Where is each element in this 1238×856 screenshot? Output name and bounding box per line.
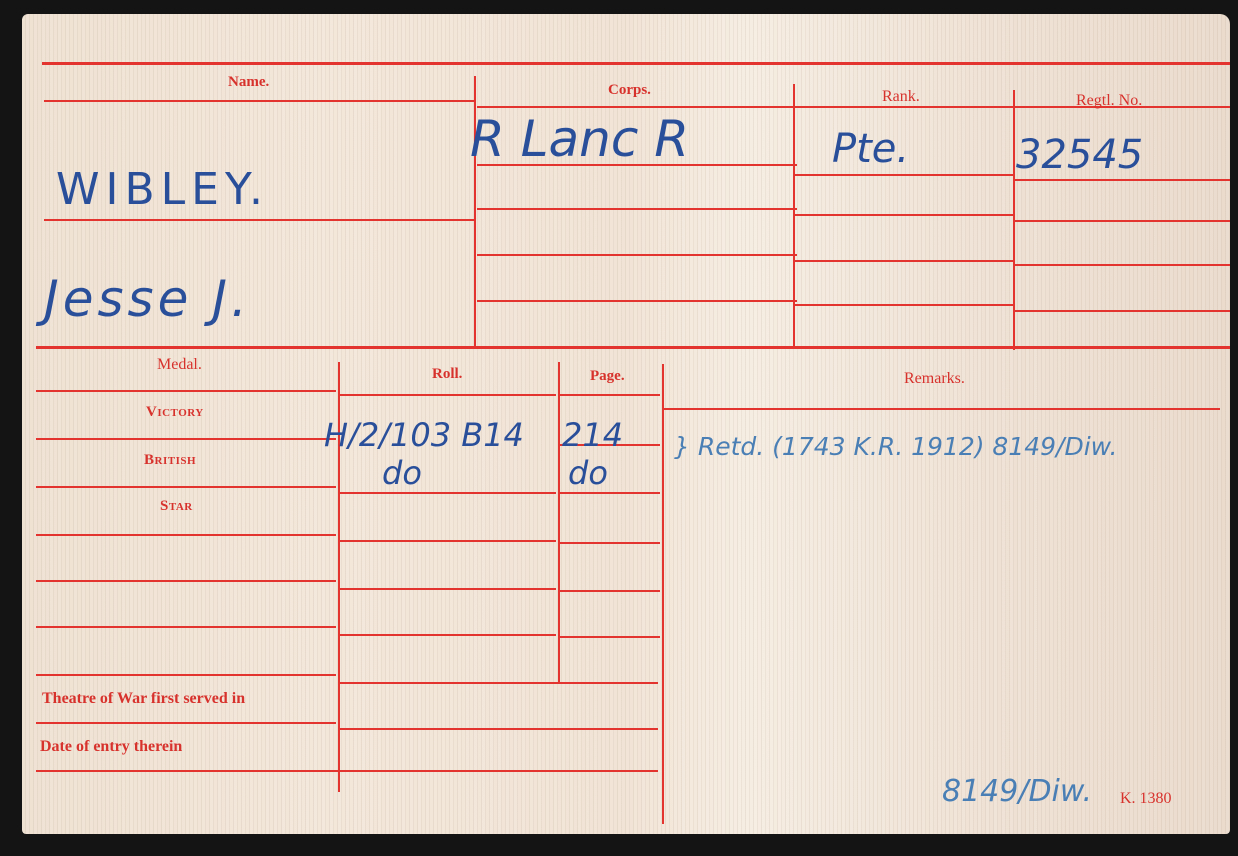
rule-page-4 [560,542,660,544]
rule-rank-1 [795,174,1015,176]
divider-corps-rank [793,84,795,348]
rank-value: Pte. [832,126,909,172]
rule-theatre-right [340,728,658,730]
medal-victory: Victory [146,404,204,421]
medal-star: Star [160,498,193,515]
rule-roll-4 [340,540,556,542]
rule-reg-2 [1015,220,1230,222]
rule-page-3 [560,492,660,494]
label-corps: Corps. [608,82,651,99]
rule-medal-5 [36,580,336,582]
rule-medal-3 [36,486,336,488]
rule-rank-2 [795,214,1015,216]
label-date-entry: Date of entry therein [40,738,182,756]
corps-value: R Lanc R [470,110,689,168]
rule-corps-4 [477,300,797,302]
page-victory-value: 214 [562,416,623,454]
rule-corps-3 [477,254,797,256]
forenames-value: Jesse J. [44,270,251,328]
rule-roll-5 [340,588,556,590]
rule-roll-7 [340,682,658,684]
rule-page-5 [560,590,660,592]
rule-reg-4 [1015,310,1230,312]
regtl-no-value: 32545 [1016,132,1143,178]
rule-reg-1 [1015,179,1230,181]
footer-annotation: 8149/Diw. [942,774,1092,809]
label-regtl-no: Regtl. No. [1076,92,1142,110]
rule-page-1 [560,394,660,396]
page-british-value: do [568,454,608,492]
rule-medal-6 [36,626,336,628]
rule-date [36,770,658,772]
rule-name-header [44,100,474,102]
rule-medal-4 [36,534,336,536]
roll-british-value: do [382,454,422,492]
label-theatre: Theatre of War first served in [42,690,245,708]
rule-corps-2 [477,208,797,210]
rule-theatre [36,722,336,724]
form-number: K. 1380 [1120,790,1172,808]
surname-value: WIBLEY. [56,164,269,215]
rule-medal-2 [36,438,336,440]
label-name: Name. [228,74,269,91]
rule-medal-7 [36,674,336,676]
divider-page-remarks [662,364,664,824]
rule-roll-6 [340,634,556,636]
medal-index-card: Name. Corps. Rank. Regtl. No. WIBLEY. Je… [22,14,1230,834]
rule-roll-1 [340,394,556,396]
rule-rank-3 [795,260,1015,262]
label-page: Page. [590,368,625,385]
rule-roll-3 [340,492,556,494]
remarks-value: } Retd. (1743 K.R. 1912) 8149/Diw. [674,432,1117,461]
rule-mid [36,346,1230,349]
rule-remarks-header [664,408,1220,410]
roll-victory-value: H/2/103 B14 [324,416,524,454]
rule-page-6 [560,636,660,638]
label-medal: Medal. [157,356,202,374]
medal-british: British [144,452,196,469]
label-remarks: Remarks. [904,370,965,388]
rule-reg-3 [1015,264,1230,266]
label-rank: Rank. [882,88,920,106]
divider-rank-reg [1013,90,1015,350]
rule-medal-1 [36,390,336,392]
rule-rank-4 [795,304,1015,306]
rule-top [42,62,1230,65]
label-roll: Roll. [432,366,462,383]
rule-surname [44,219,474,221]
